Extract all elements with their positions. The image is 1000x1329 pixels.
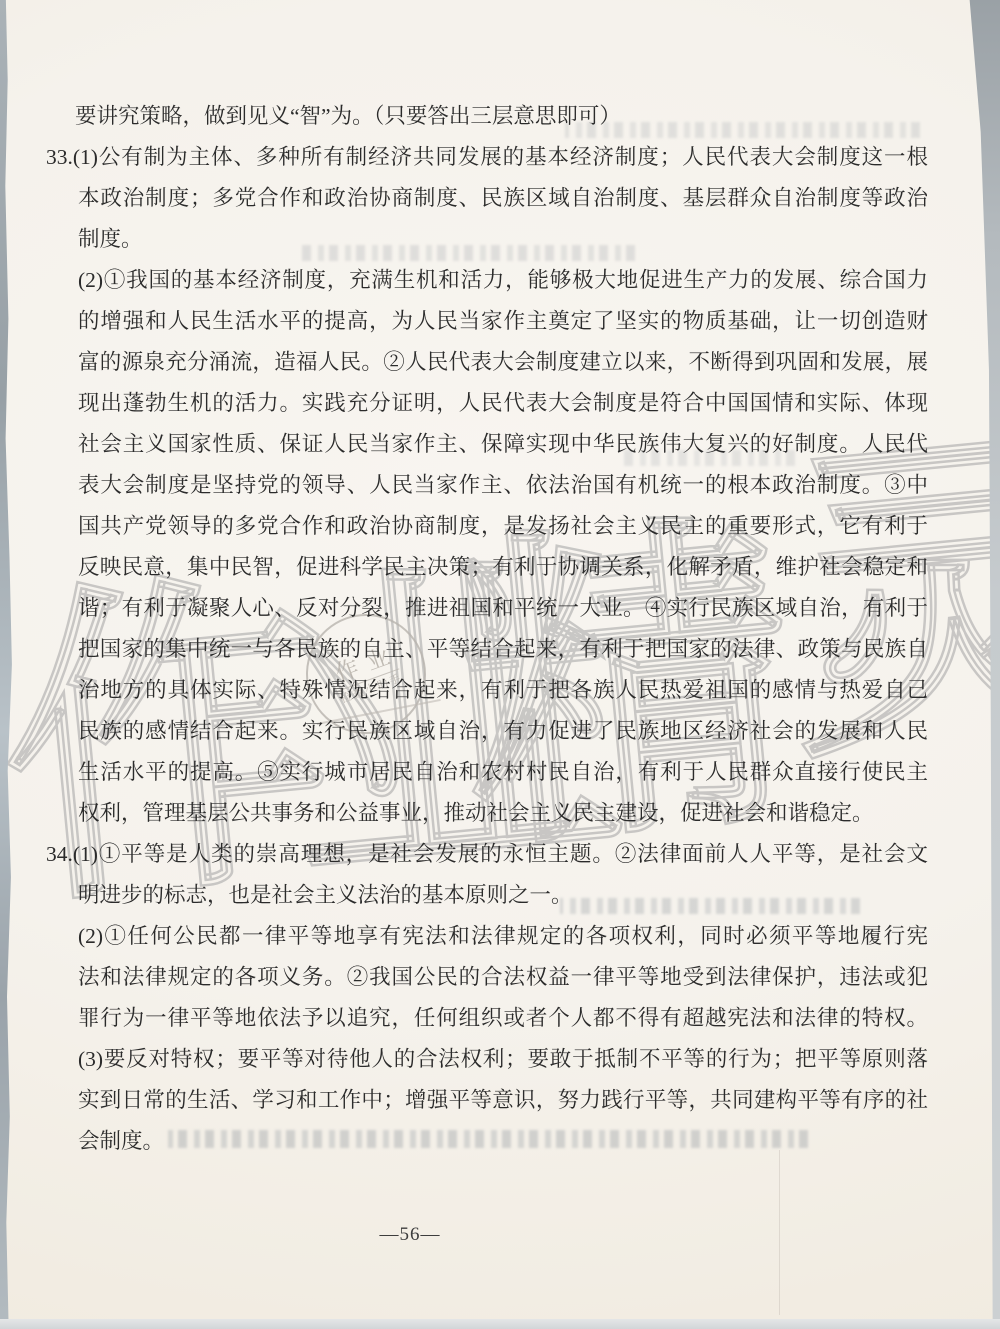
answer-line-item-34: 34.(1)①平等是人类的崇高理想，是社会发展的永恒主题。②法律面前人人平等，是… xyxy=(46,834,928,875)
answer-line: 本政治制度；多党合作和政治协商制度、民族区域自治制度、基层群众自治制度等政治 xyxy=(78,178,928,219)
answers-text-block: 要讲究策略，做到见义“智”为。（只要答出三层意思即可） 33.(1)公有制为主体… xyxy=(0,96,1000,1162)
answer-line: 富的源泉充分涌流，造福人民。②人民代表大会制度建立以来，不断得到巩固和发展，展 xyxy=(78,342,928,383)
answer-line: 民族的感情结合起来。实行民族区域自治，有力促进了民族地区经济社会的发展和人民 xyxy=(78,711,928,752)
answer-line: 把国家的集中统一与各民族的自主、平等结合起来，有利于把国家的法律、政策与民族自 xyxy=(78,629,928,670)
answer-line: 社会主义国家性质、保证人民当家作主、保障实现中华民族伟大复兴的好制度。人民代 xyxy=(78,424,928,465)
scanned-answer-page: 作 业 精 灵 作业 检查小助手 要讲究策略，做到见义“智”为。（只要答出三层意… xyxy=(0,0,1000,1329)
answer-line: 会制度。 xyxy=(78,1121,928,1162)
answer-line: 罪行为一律平等地依法予以追究，任何组织或者个人都不得有超越宪法和法律的特权。 xyxy=(78,998,928,1039)
answer-line: 实到日常的生活、学习和工作中；增强平等意识，努力践行平等，共同建构平等有序的社 xyxy=(78,1080,928,1121)
answer-line-item-33: 33.(1)公有制为主体、多种所有制经济共同发展的基本经济制度；人民代表大会制度… xyxy=(46,137,928,178)
answer-line: 国共产党领导的多党合作和政治协商制度，是发扬社会主义民主的重要形式，它有利于 xyxy=(78,506,928,547)
page-number: —56— xyxy=(330,1224,490,1254)
answer-line: 治地方的具体实际、特殊情况结合起来，有利于把各族人民热爱祖国的感情与热爱自己 xyxy=(78,670,928,711)
paper-crease xyxy=(779,1150,780,1315)
answer-line: 表大会制度是坚持党的领导、人民当家作主、依法治国有机统一的根本政治制度。③中 xyxy=(78,465,928,506)
answer-line: 明进步的标志，也是社会主义法治的基本原则之一。 xyxy=(78,875,928,916)
answer-line: (2)①我国的基本经济制度，充满生机和活力，能够极大地促进生产力的发展、综合国力 xyxy=(78,260,928,301)
paper-edge-bottom xyxy=(0,1319,1000,1329)
answer-line: (2)①任何公民都一律平等地享有宪法和法律规定的各项权利，同时必须平等地履行宪 xyxy=(78,916,928,957)
answer-line: 制度。 xyxy=(78,219,928,260)
answer-line: 现出蓬勃生机的活力。实践充分证明，人民代表大会制度是符合中国国情和实际、体现 xyxy=(78,383,928,424)
answer-line: 法和法律规定的各项义务。②我国公民的合法权益一律平等地受到法律保护，违法或犯 xyxy=(78,957,928,998)
answer-line: (3)要反对特权；要平等对待他人的合法权利；要敢于抵制不平等的行为；把平等原则落 xyxy=(78,1039,928,1080)
answer-line: 的增强和人民生活水平的提高，为人民当家作主奠定了坚实的物质基础，让一切创造财 xyxy=(78,301,928,342)
answer-line: 要讲究策略，做到见义“智”为。（只要答出三层意思即可） xyxy=(75,96,928,137)
answer-line: 生活水平的提高。⑤实行城市居民自治和农村村民自治，有利于人民群众直接行使民主 xyxy=(78,752,928,793)
answer-line: 反映民意，集中民智，促进科学民主决策；有利于协调关系，化解矛盾，维护社会稳定和 xyxy=(78,547,928,588)
answer-line: 谐；有利于凝聚人心、反对分裂，推进祖国和平统一大业。④实行民族区域自治，有利于 xyxy=(78,588,928,629)
answer-line: 权利，管理基层公共事务和公益事业，推动社会主义民主建设，促进社会和谐稳定。 xyxy=(78,793,928,834)
